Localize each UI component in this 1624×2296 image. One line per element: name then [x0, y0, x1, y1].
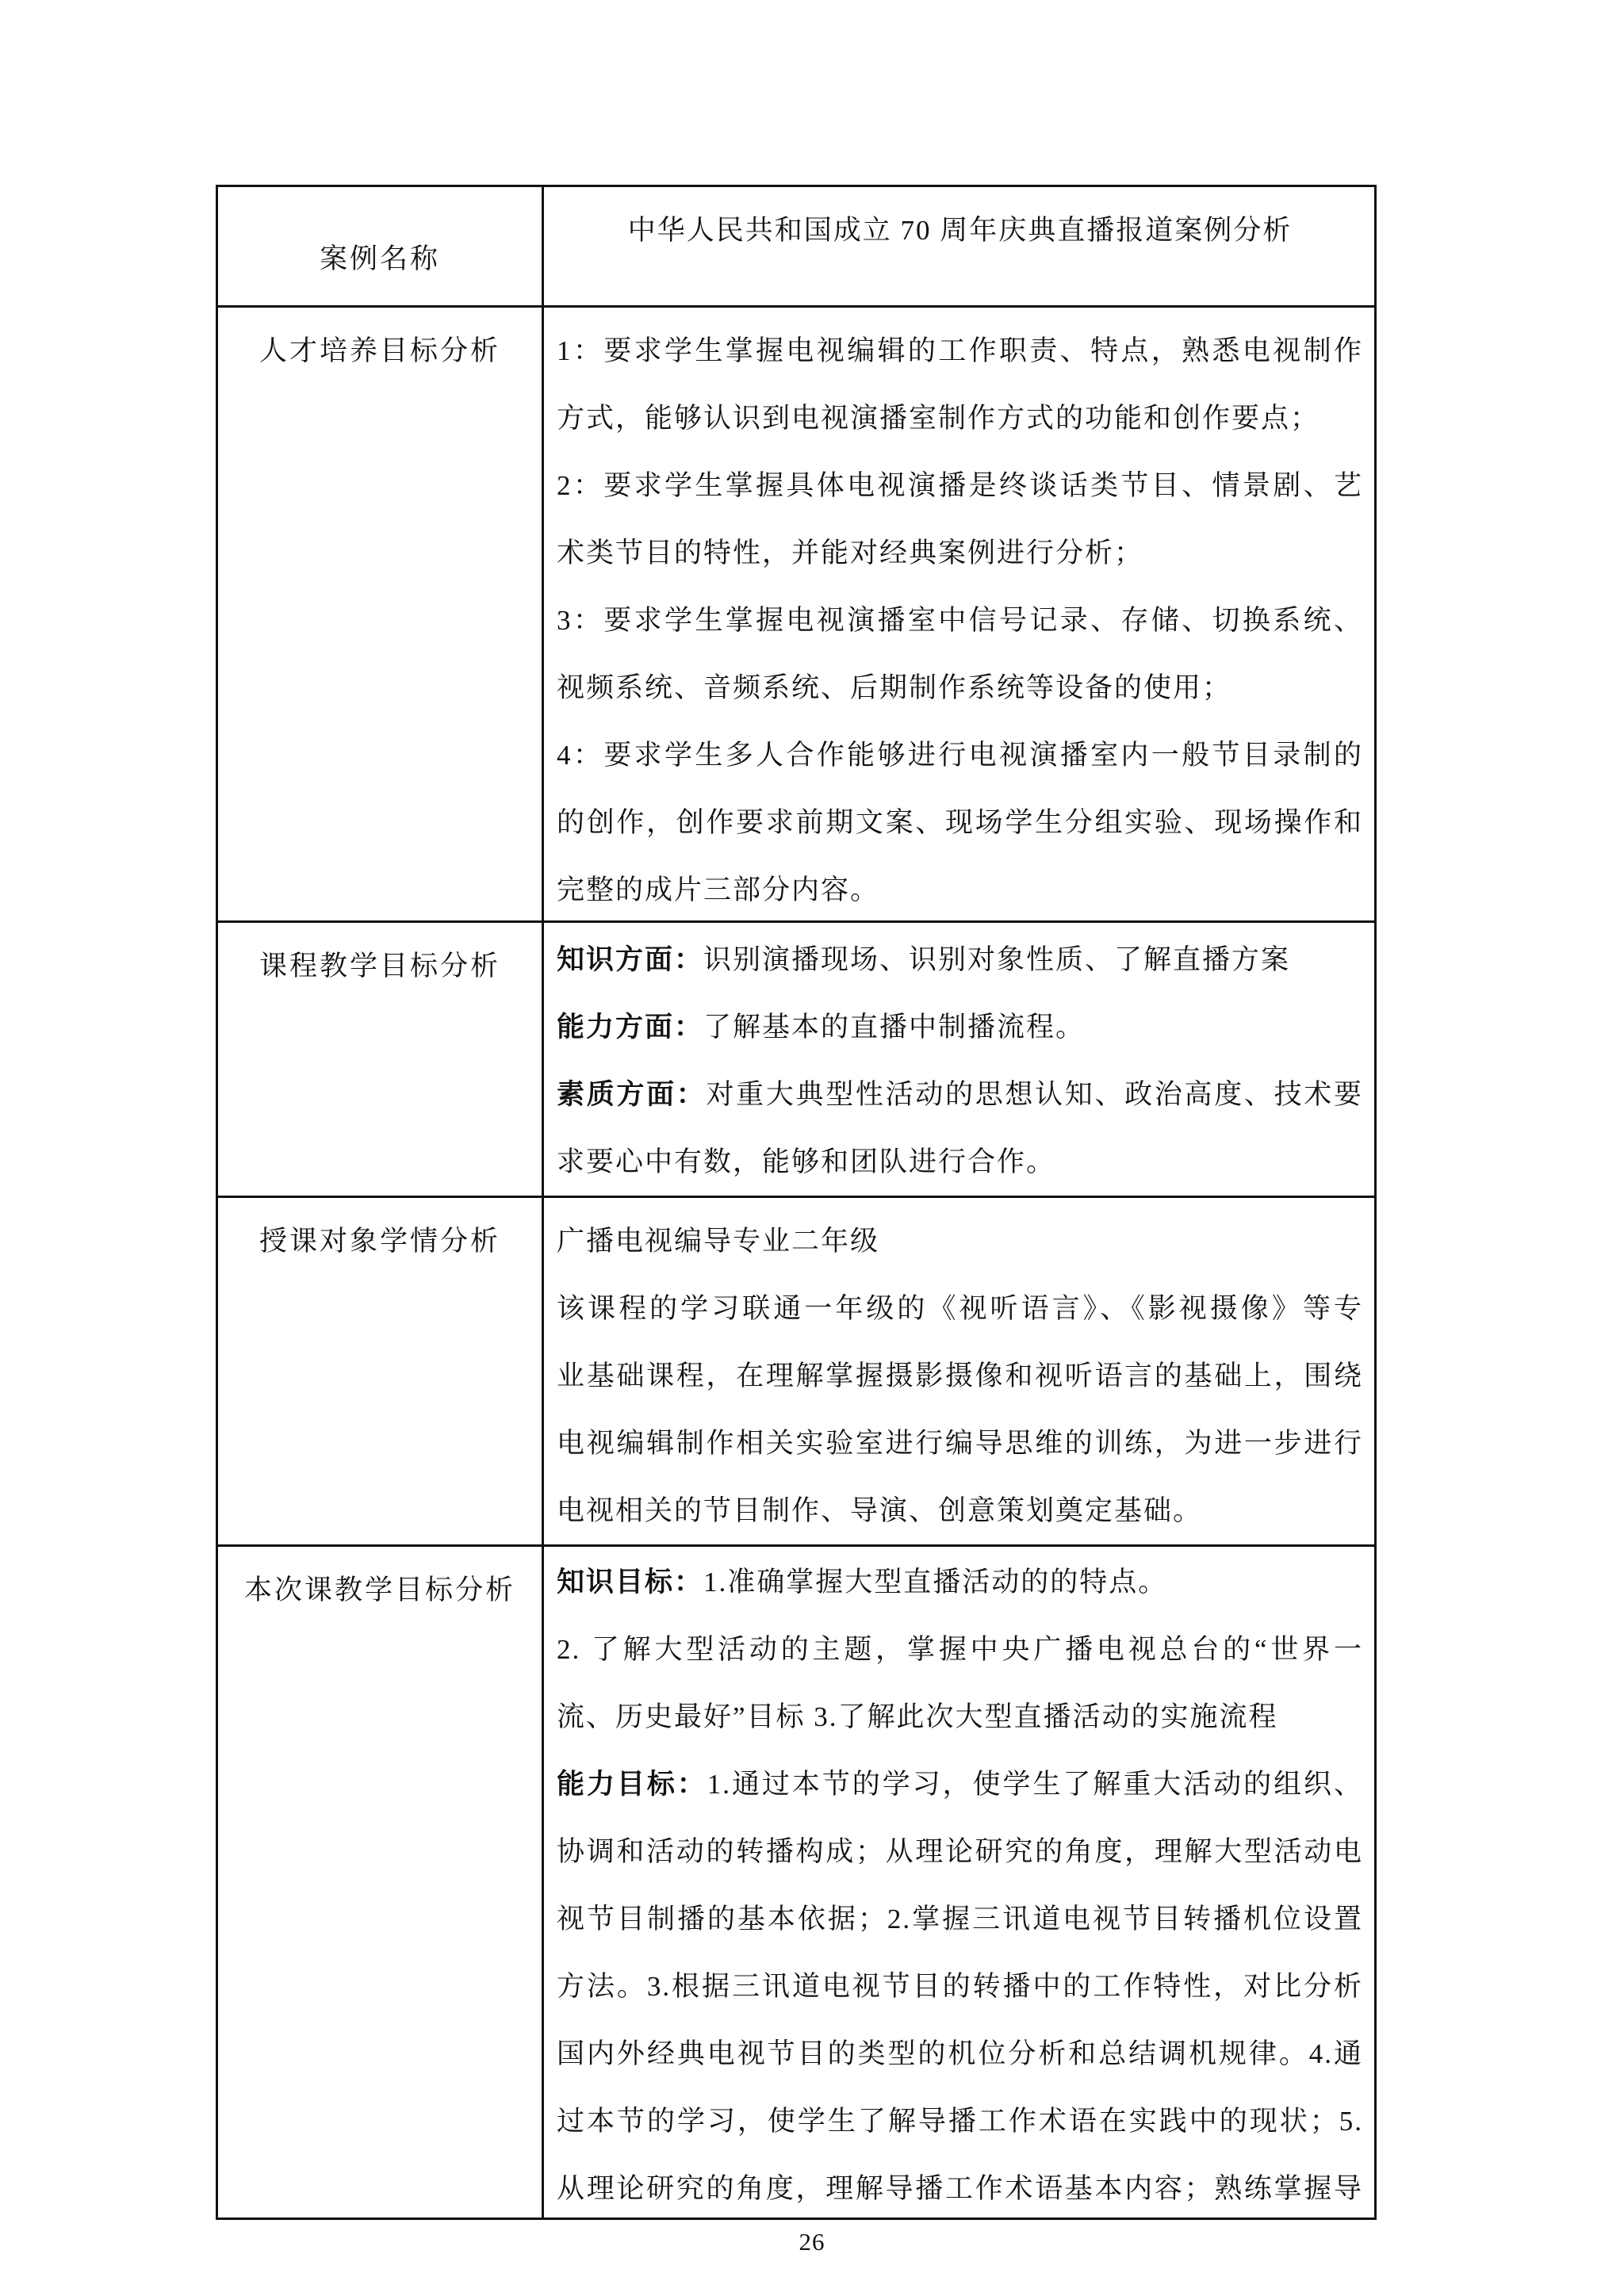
text-line: 电视相关的节目制作、导演、创意策划奠定基础。	[557, 1477, 1363, 1544]
bold-label: 知识目标：	[557, 1567, 703, 1598]
bold-label: 知识方面：	[557, 944, 703, 975]
text-line: 能力方面：了解基本的直播中制播流程。	[557, 993, 1363, 1061]
text-line: 3：要求学生掌握电视演播室中信号记录、存储、切换系统、	[557, 587, 1363, 654]
row-content: 中华人民共和国成立 70 周年庆典直播报道案例分析	[544, 187, 1374, 305]
text-line: 1：要求学生掌握电视编辑的工作职责、特点，熟悉电视制作	[557, 317, 1363, 385]
text-line: 电视编辑制作相关实验室进行编导思维的训练，为进一步进行	[557, 1410, 1363, 1477]
bold-label: 能力方面：	[557, 1012, 703, 1043]
line-text: 2. 了解大型活动的主题，掌握中央广播电视总台的“世界一	[557, 1634, 1363, 1665]
text-line: 业基础课程，在理解掌握摄影摄像和视听语言的基础上，围绕	[557, 1342, 1363, 1410]
text-line: 4：要求学生多人合作能够进行电视演播室内一般节目录制的	[557, 721, 1363, 789]
line-text: 视频系统、音频系统、后期制作系统等设备的使用；	[557, 672, 1231, 703]
line-text: 1：要求学生掌握电视编辑的工作职责、特点，熟悉电视制作	[557, 335, 1363, 366]
case-analysis-table: 案例名称 中华人民共和国成立 70 周年庆典直播报道案例分析 人才培养目标分析 …	[216, 185, 1377, 2220]
text-line: 方式，能够认识到电视演播室制作方式的功能和创作要点；	[557, 385, 1363, 452]
text-line: 术类节目的特性，并能对经典案例进行分析；	[557, 519, 1363, 587]
text-line: 能力目标：1.通过本节的学习，使学生了解重大活动的组织、	[557, 1751, 1363, 1818]
line-text: 协调和活动的转播构成；从理论研究的角度，理解大型活动电	[557, 1836, 1363, 1867]
line-text: 视节目制播的基本依据；2.掌握三讯道电视节目转播机位设置	[557, 1904, 1363, 1934]
text-line: 2. 了解大型活动的主题，掌握中央广播电视总台的“世界一	[557, 1616, 1363, 1683]
row-label: 人才培养目标分析	[218, 308, 544, 920]
text-line: 流、历史最好”目标 3.了解此次大型直播活动的实施流程	[557, 1683, 1363, 1751]
row-content: 知识目标：1.准确掌握大型直播活动的的特点。2. 了解大型活动的主题，掌握中央广…	[544, 1547, 1374, 2218]
line-text: 从理论研究的角度，理解导播工作术语基本内容；熟练掌握导	[557, 2173, 1363, 2204]
text-line: 视频系统、音频系统、后期制作系统等设备的使用；	[557, 654, 1363, 721]
text-line: 知识目标：1.准确掌握大型直播活动的的特点。	[557, 1548, 1363, 1616]
bold-label: 能力目标：	[557, 1769, 707, 1800]
line-text: 该课程的学习联通一年级的《视听语言》、《影视摄像》等专	[557, 1293, 1363, 1324]
document-page: 案例名称 中华人民共和国成立 70 周年庆典直播报道案例分析 人才培养目标分析 …	[0, 0, 1624, 2296]
line-text: 电视相关的节目制作、导演、创意策划奠定基础。	[557, 1495, 1202, 1526]
line-text: 业基础课程，在理解掌握摄影摄像和视听语言的基础上，围绕	[557, 1360, 1363, 1391]
row-content: 广播电视编导专业二年级该课程的学习联通一年级的《视听语言》、《影视摄像》等专业基…	[544, 1198, 1374, 1544]
table-row: 案例名称 中华人民共和国成立 70 周年庆典直播报道案例分析	[218, 187, 1374, 308]
text-line: 求要心中有数，能够和团队进行合作。	[557, 1128, 1363, 1196]
line-text: 国内外经典电视节目的类型的机位分析和总结调机规律。4.通	[557, 2038, 1363, 2069]
table-row: 课程教学目标分析 知识方面：识别演播现场、识别对象性质、了解直播方案能力方面：了…	[218, 923, 1374, 1198]
line-text: 1.准确掌握大型直播活动的的特点。	[703, 1567, 1167, 1598]
line-text: 4：要求学生多人合作能够进行电视演播室内一般节目录制的	[557, 740, 1363, 771]
text-line: 的创作，创作要求前期文案、现场学生分组实验、现场操作和	[557, 789, 1363, 856]
line-text: 流、历史最好”目标 3.了解此次大型直播活动的实施流程	[557, 1701, 1278, 1732]
text-line: 过本节的学习，使学生了解导播工作术语在实践中的现状；5.	[557, 2087, 1363, 2155]
text-line: 2：要求学生掌握具体电视演播是终谈话类节目、情景剧、艺	[557, 452, 1363, 519]
bold-label: 素质方面：	[557, 1079, 706, 1110]
line-text: 完整的成片三部分内容。	[557, 874, 879, 905]
line-text: 广播电视编导专业二年级	[557, 1226, 879, 1257]
text-line: 该课程的学习联通一年级的《视听语言》、《影视摄像》等专	[557, 1275, 1363, 1342]
text-line: 中华人民共和国成立 70 周年庆典直播报道案例分析	[557, 197, 1363, 264]
line-text: 1.通过本节的学习，使学生了解重大活动的组织、	[707, 1769, 1363, 1800]
line-text: 方式，能够认识到电视演播室制作方式的功能和创作要点；	[557, 403, 1319, 434]
text-line: 知识方面：识别演播现场、识别对象性质、了解直播方案	[557, 926, 1363, 993]
line-text: 对重大典型性活动的思想认知、政治高度、技术要	[706, 1079, 1363, 1110]
line-text: 术类节目的特性，并能对经典案例进行分析；	[557, 538, 1143, 568]
row-label: 本次课教学目标分析	[218, 1547, 544, 2218]
row-content: 1：要求学生掌握电视编辑的工作职责、特点，熟悉电视制作方式，能够认识到电视演播室…	[544, 308, 1374, 920]
row-label: 课程教学目标分析	[218, 923, 544, 1196]
text-line: 广播电视编导专业二年级	[557, 1207, 1363, 1275]
page-number: 26	[0, 2228, 1624, 2256]
text-line: 方法。3.根据三讯道电视节目的转播中的工作特性，对比分析	[557, 1953, 1363, 2020]
line-text: 电视编辑制作相关实验室进行编导思维的训练，为进一步进行	[557, 1428, 1363, 1459]
table-row: 本次课教学目标分析 知识目标：1.准确掌握大型直播活动的的特点。2. 了解大型活…	[218, 1547, 1374, 2218]
text-line: 从理论研究的角度，理解导播工作术语基本内容；熟练掌握导	[557, 2155, 1363, 2218]
line-text: 的创作，创作要求前期文案、现场学生分组实验、现场操作和	[557, 807, 1363, 838]
row-label: 授课对象学情分析	[218, 1198, 544, 1544]
table-row: 人才培养目标分析 1：要求学生掌握电视编辑的工作职责、特点，熟悉电视制作方式，能…	[218, 308, 1374, 923]
line-text: 中华人民共和国成立 70 周年庆典直播报道案例分析	[628, 215, 1293, 246]
text-line: 素质方面：对重大典型性活动的思想认知、政治高度、技术要	[557, 1061, 1363, 1128]
line-text: 3：要求学生掌握电视演播室中信号记录、存储、切换系统、	[557, 605, 1363, 636]
row-content: 知识方面：识别演播现场、识别对象性质、了解直播方案能力方面：了解基本的直播中制播…	[544, 923, 1374, 1196]
text-line: 国内外经典电视节目的类型的机位分析和总结调机规律。4.通	[557, 2020, 1363, 2087]
text-line: 完整的成片三部分内容。	[557, 856, 1363, 920]
line-text: 方法。3.根据三讯道电视节目的转播中的工作特性，对比分析	[557, 1971, 1363, 2002]
text-line: 协调和活动的转播构成；从理论研究的角度，理解大型活动电	[557, 1818, 1363, 1885]
line-text: 了解基本的直播中制播流程。	[703, 1012, 1085, 1043]
text-line: 视节目制播的基本依据；2.掌握三讯道电视节目转播机位设置	[557, 1885, 1363, 1953]
line-text: 求要心中有数，能够和团队进行合作。	[557, 1146, 1055, 1177]
line-text: 识别演播现场、识别对象性质、了解直播方案	[703, 944, 1290, 975]
row-label: 案例名称	[218, 187, 544, 305]
line-text: 过本节的学习，使学生了解导播工作术语在实践中的现状；5.	[557, 2106, 1363, 2137]
line-text: 2：要求学生掌握具体电视演播是终谈话类节目、情景剧、艺	[557, 470, 1363, 501]
table-row: 授课对象学情分析 广播电视编导专业二年级该课程的学习联通一年级的《视听语言》、《…	[218, 1198, 1374, 1547]
